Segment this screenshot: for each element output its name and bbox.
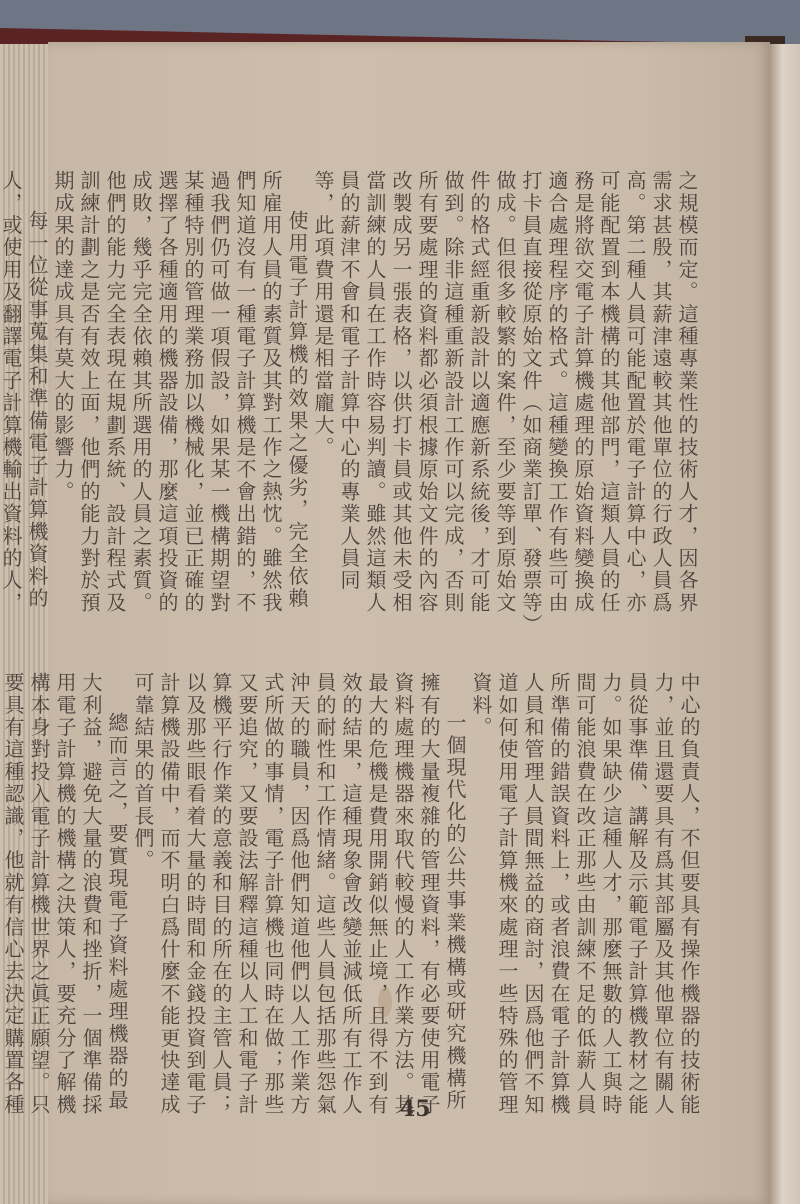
- book-page: 之規模而定。這種專業性的技術人才，因各界需求甚殷，其薪津遠較其他單位的行政人員爲…: [48, 42, 770, 1204]
- paper-stain: [378, 987, 392, 1017]
- paragraph: 之規模而定。這種專業性的技術人才，因各界需求甚殷，其薪津遠較其他單位的行政人員爲…: [310, 170, 700, 630]
- paragraph: 總而言之，要實現電子資料處理機器的最大利益，避免大量的浪費和挫折，一個準備採用電…: [0, 672, 130, 1124]
- paragraph: 中心的負責人，不但要具有操作機器的技術能力，並且還要具有爲其部屬及其他單位有關人…: [468, 672, 702, 1124]
- page-curl-right: [770, 44, 800, 1204]
- text-block-bottom: 中心的負責人，不但要具有操作機器的技術能力，並且還要具有爲其部屬及其他單位有關人…: [0, 672, 702, 1124]
- paragraph: 每一位從事蒐集和準備電子計算機資料的人，或使用及翻譯電子計算機輸出資料的人，均應…: [0, 170, 50, 630]
- page-number: 45: [400, 1096, 431, 1122]
- paragraph: 一個現代化的公共事業機構或研究機構所擁有的大量複雜的管理資料，有必要使用電子資料…: [130, 672, 468, 1124]
- text-block-top: 之規模而定。這種專業性的技術人才，因各界需求甚殷，其薪津遠較其他單位的行政人員爲…: [0, 170, 700, 630]
- paragraph: 使用電子計算機的效果之優劣，完全依賴所雇用人員的素質及其對工作之熱忱。雖然我們知…: [50, 170, 310, 630]
